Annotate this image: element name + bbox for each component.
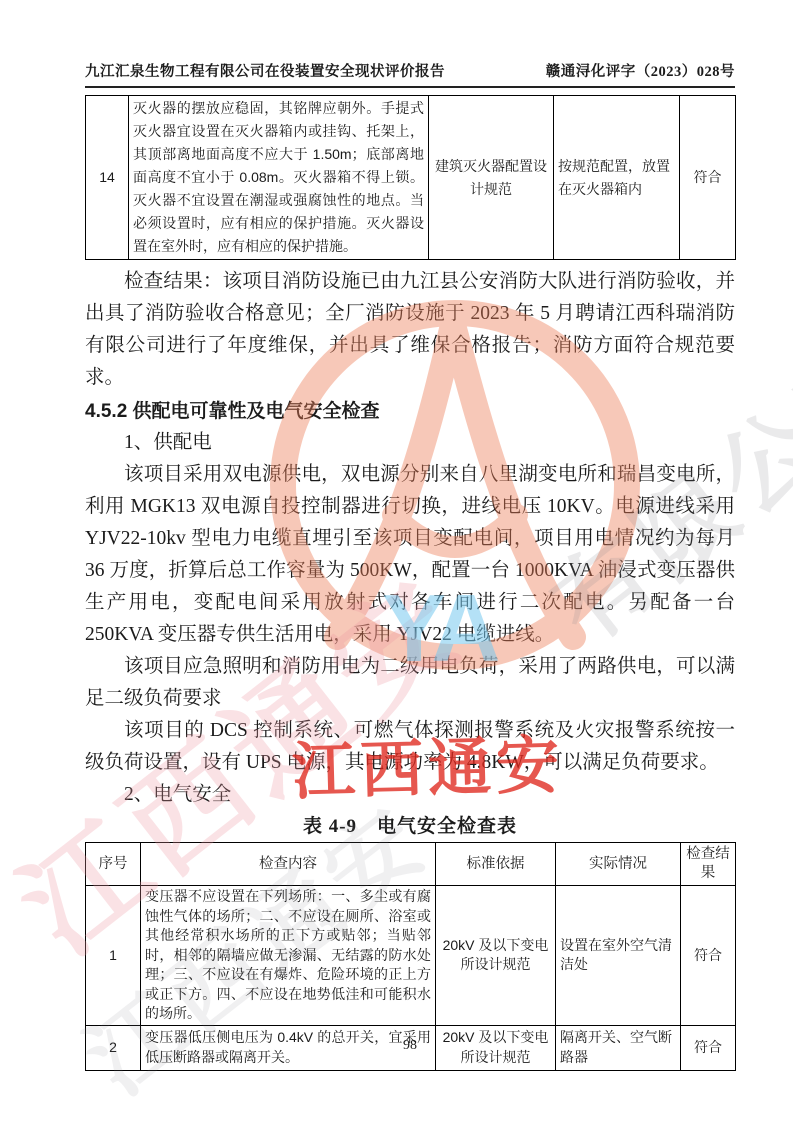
paragraph-inspection-result: 检查结果：该项目消防设施已由九江县公安消防大队进行消防验收，并出具了消防验收合格… <box>85 266 735 394</box>
document-page: 九江汇泉生物工程有限公司在役装置安全现状评价报告 赣通浔化评字（2023）028… <box>0 0 793 1122</box>
check-result-cell: 符合 <box>680 96 736 260</box>
table-row: 14 灭火器的摆放应稳固，其铭牌应朝外。手提式灭火器宜设置在灭火器箱内或挂钩、托… <box>86 96 736 260</box>
check-content-cell: 变压器不应设置在下列场所：一、多尘或有腐蚀性气体的场所；二、不应设在厕所、浴室或… <box>141 886 436 1026</box>
paragraph-power-supply-1: 该项目采用双电源供电，双电源分别来自八里湖变电所和瑞昌变电所，利用 MGK13 … <box>85 459 735 651</box>
page-number: 98 <box>85 1038 735 1054</box>
header-doc-number: 赣通浔化评字（2023）028号 <box>546 60 735 81</box>
row-number-cell: 1 <box>86 886 141 1026</box>
section-heading-4-5-2: 4.5.2 供配电可靠性及电气安全检查 <box>85 396 735 427</box>
row-number-cell: 14 <box>86 96 129 260</box>
table-header-row: 序号 检查内容 标准依据 实际情况 检查结果 <box>86 843 736 886</box>
electrical-safety-table: 序号 检查内容 标准依据 实际情况 检查结果 1 变压器不应设置在下列场所：一、… <box>85 842 736 1071</box>
subitem-electrical-safety: 2、电气安全 <box>85 779 735 811</box>
standard-basis-cell: 建筑灭火器配置设计规范 <box>429 96 554 260</box>
check-content-cell: 灭火器的摆放应稳固，其铭牌应朝外。手提式灭火器宜设置在灭火器箱内或挂钩、托架上，… <box>129 96 429 260</box>
header-report-title: 九江汇泉生物工程有限公司在役装置安全现状评价报告 <box>85 60 445 81</box>
col-header-no: 序号 <box>86 843 141 886</box>
check-result-cell: 符合 <box>681 886 736 1026</box>
page-header: 九江汇泉生物工程有限公司在役装置安全现状评价报告 赣通浔化评字（2023）028… <box>85 60 735 88</box>
standard-basis-cell: 20kV 及以下变电所设计规范 <box>436 886 556 1026</box>
paragraph-power-supply-2: 该项目应急照明和消防用电为二级用电负荷，采用了两路供电，可以满足二级负荷要求 <box>85 651 735 715</box>
actual-situation-cell: 按规范配置，放置在灭火器箱内 <box>554 96 680 260</box>
table-row: 1 变压器不应设置在下列场所：一、多尘或有腐蚀性气体的场所；二、不应设在厕所、浴… <box>86 886 736 1026</box>
page-content: 九江汇泉生物工程有限公司在役装置安全现状评价报告 赣通浔化评字（2023）028… <box>85 60 735 1071</box>
table-4-9-caption: 表 4-9 电气安全检查表 <box>85 811 735 842</box>
col-header-content: 检查内容 <box>141 843 436 886</box>
col-header-result: 检查结果 <box>681 843 736 886</box>
col-header-basis: 标准依据 <box>436 843 556 886</box>
paragraph-power-supply-3: 该项目的 DCS 控制系统、可燃气体探测报警系统及火灾报警系统按一级负荷设置，设… <box>85 715 735 779</box>
actual-situation-cell: 设置在室外空气清洁处 <box>556 886 681 1026</box>
col-header-actual: 实际情况 <box>556 843 681 886</box>
fire-extinguisher-table: 14 灭火器的摆放应稳固，其铭牌应朝外。手提式灭火器宜设置在灭火器箱内或挂钩、托… <box>85 95 736 260</box>
subitem-power-supply: 1、供配电 <box>85 427 735 459</box>
